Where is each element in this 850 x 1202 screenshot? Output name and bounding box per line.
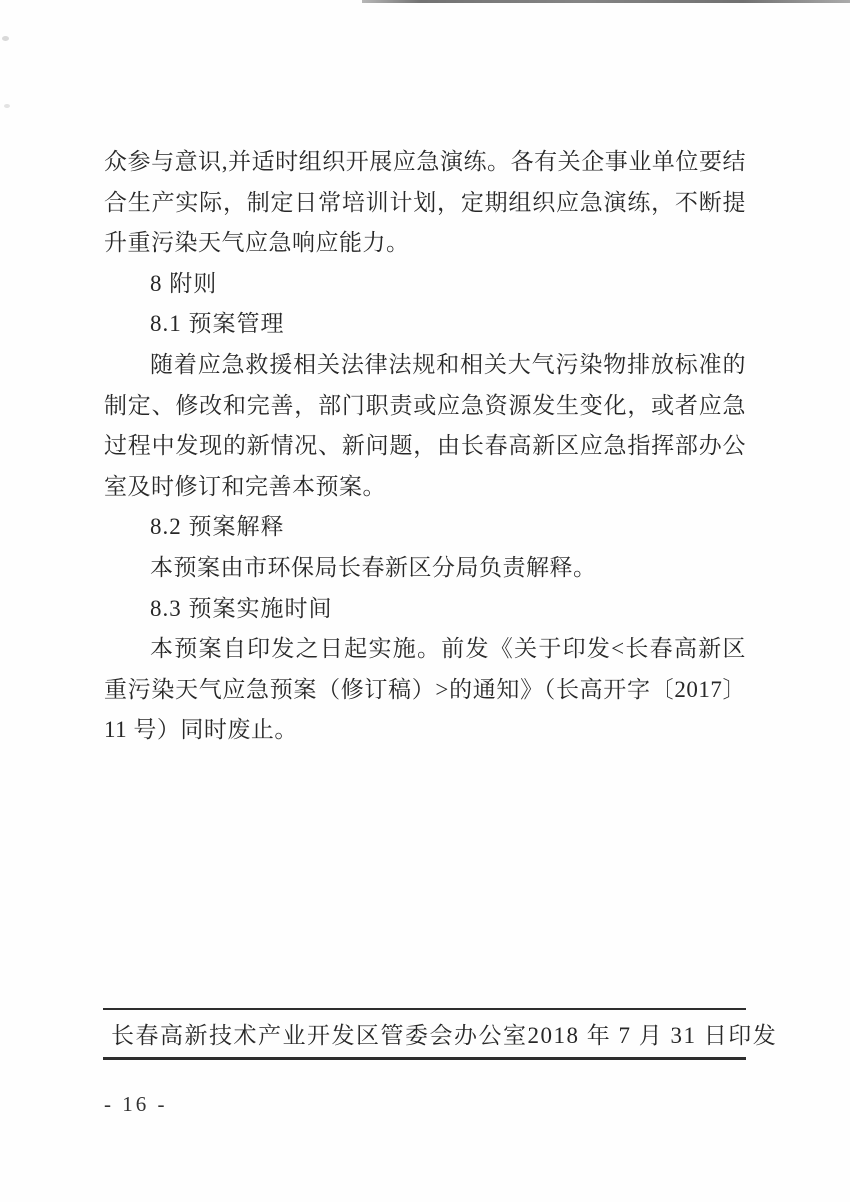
subsection-heading-8-3: 8.3 预案实施时间 xyxy=(104,589,746,630)
paragraph-plan-interpretation: 本预案由市环保局长春新区分局负责解释。 xyxy=(104,548,746,589)
scan-artifact-dot xyxy=(4,104,10,108)
paragraph-plan-management: 随着应急救援相关法律法规和相关大气污染物排放标准的制定、修改和完善，部门职责或应… xyxy=(104,345,746,507)
paragraph-plan-implementation: 本预案自印发之日起实施。前发《关于印发<长春高新区重污染天气应急预案（修订稿）>… xyxy=(104,629,746,751)
section-heading-8: 8 附则 xyxy=(104,264,746,305)
scan-artifact-dot xyxy=(2,36,9,41)
page-number: - 16 - xyxy=(104,1092,168,1117)
subsection-heading-8-1: 8.1 预案管理 xyxy=(104,304,746,345)
print-date: 2018 年 7 月 31 日印发 xyxy=(528,1017,778,1050)
issuing-office: 长春高新技术产业开发区管委会办公室 xyxy=(111,1017,528,1050)
document-body: 众参与意识,并适时组织开展应急演练。各有关企事业单位要结合生产实际，制定日常培训… xyxy=(104,142,746,751)
colophon: 长春高新技术产业开发区管委会办公室 2018 年 7 月 31 日印发 xyxy=(103,1008,746,1060)
document-page: 众参与意识,并适时组织开展应急演练。各有关企事业单位要结合生产实际，制定日常培训… xyxy=(0,0,850,1202)
scan-artifact-top-edge xyxy=(362,0,850,3)
paragraph-continuation: 众参与意识,并适时组织开展应急演练。各有关企事业单位要结合生产实际，制定日常培训… xyxy=(104,142,746,264)
subsection-heading-8-2: 8.2 预案解释 xyxy=(104,507,746,548)
